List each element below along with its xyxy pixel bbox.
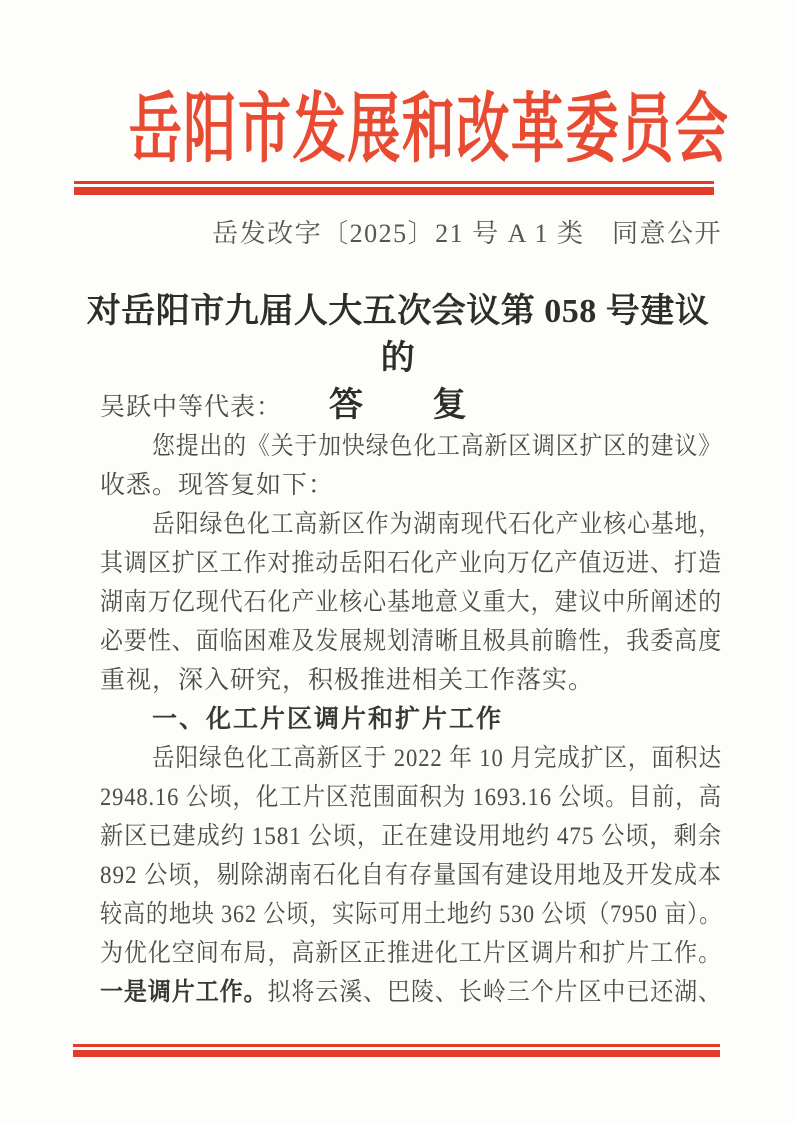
body-line: 2948.16 公顷，化工片区范围面积为 1693.16 公顷。目前，高	[100, 778, 722, 817]
document-body: 吴跃中等代表：您提出的《关于加快绿色化工高新区调区扩区的建议》收悉。现答复如下：…	[100, 388, 722, 1012]
body-line: 收悉。现答复如下：	[100, 466, 722, 505]
body-line: 892 公顷，剔除湖南石化自有存量国有建设用地及开发成本	[100, 856, 722, 895]
body-line: 一是调片工作。拟将云溪、巴陵、长岭三个片区中已还湖、	[100, 973, 722, 1012]
header-rule-thick	[74, 187, 714, 195]
doc-number: 岳发改字〔2025〕21 号 A 1 类 同意公开	[100, 213, 722, 255]
footer-rule	[73, 1044, 720, 1057]
emphasis-run: 一是调片工作。	[100, 978, 267, 1006]
body-line: 为优化空间布局，高新区正推进化工片区调片和扩片工作。	[100, 934, 722, 973]
footer-rule-thick	[73, 1050, 720, 1057]
body-line: 岳阳绿色化工高新区于 2022 年 10 月完成扩区，面积达	[100, 739, 722, 778]
body-line: 岳阳绿色化工高新区作为湖南现代石化产业核心基地，	[100, 505, 722, 544]
body-line: 吴跃中等代表：	[100, 388, 722, 427]
document-page: 岳阳市发展和改革委员会 岳发改字〔2025〕21 号 A 1 类 同意公开 对岳…	[0, 0, 794, 1122]
agency-name: 岳阳市发展和改革委员会	[129, 84, 730, 176]
body-line: 其调区扩区工作对推动岳阳石化产业向万亿产值迈进、打造	[100, 544, 722, 583]
body-line: 较高的地块 362 公顷，实际可用土地约 530 公顷（7950 亩）。	[100, 895, 722, 934]
doc-title-line1: 对岳阳市九届人大五次会议第 058 号建议的	[74, 288, 722, 382]
masthead: 岳阳市发展和改革委员会	[0, 84, 794, 176]
header-rule	[74, 181, 714, 195]
body-line: 新区已建成约 1581 公顷，正在建设用地约 475 公顷，剩余	[100, 817, 722, 856]
section-heading: 一、化工片区调片和扩片工作	[100, 700, 722, 739]
body-line: 重视，深入研究，积极推进相关工作落实。	[100, 661, 722, 700]
body-line: 您提出的《关于加快绿色化工高新区调区扩区的建议》	[100, 427, 722, 466]
body-line: 湖南万亿现代石化产业核心基地意义重大，建议中所阐述的	[100, 583, 722, 622]
body-line: 必要性、面临困难及发展规划清晰且极具前瞻性，我委高度	[100, 622, 722, 661]
